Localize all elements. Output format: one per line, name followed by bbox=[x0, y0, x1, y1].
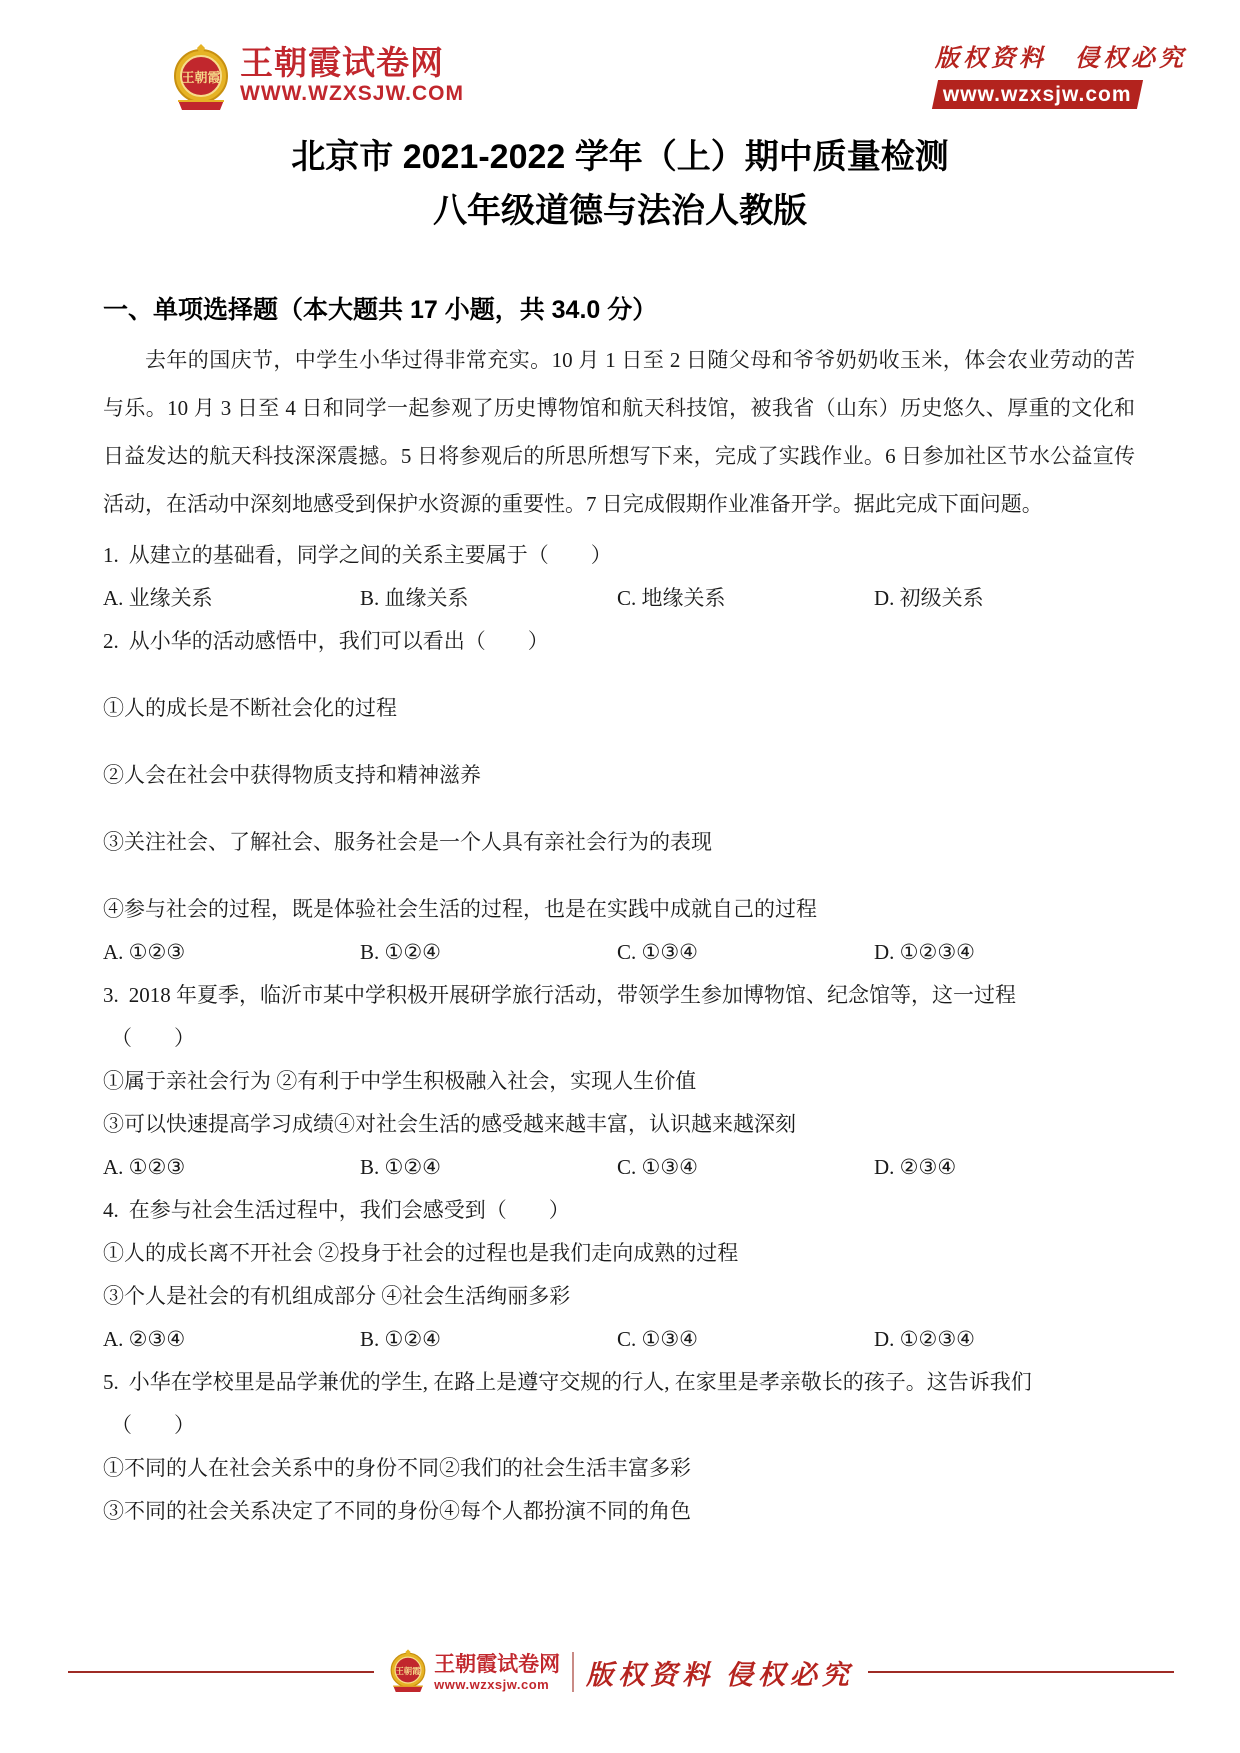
question-number: 2. bbox=[103, 629, 119, 653]
section-heading: 一、单项选择题（本大题共 17 小题，共 34.0 分） bbox=[103, 294, 1135, 326]
sub-item-2: ②人会在社会中获得物质支持和精神滋养 bbox=[103, 754, 1135, 797]
question-stem: 3.2018 年夏季，临沂市某中学积极开展研学旅行活动，带领学生参加博物馆、纪念… bbox=[103, 974, 1135, 1017]
option-a: A. ①②③ bbox=[103, 1146, 360, 1189]
copyright-slogan: 版权资料 侵权必究 bbox=[935, 44, 1140, 74]
question-stem-text: 在参与社会生活过程中，我们会感受到（ ） bbox=[129, 1198, 570, 1222]
sub-item-1-2: ①不同的人在社会关系中的身份不同②我们的社会生活丰富多彩 bbox=[103, 1447, 1135, 1490]
question-stem-bracket: （ ） bbox=[103, 1404, 1135, 1447]
option-c: C. ①③④ bbox=[617, 1318, 874, 1361]
option-d: D. ②③④ bbox=[874, 1146, 1131, 1189]
footer-brand-url: www.wzxsjw.com bbox=[434, 1677, 560, 1692]
option-c: C. ①③④ bbox=[617, 1146, 874, 1189]
question-stem: 5.小华在学校里是品学兼优的学生, 在路上是遵守交规的行人, 在家里是孝亲敬长的… bbox=[103, 1361, 1135, 1404]
question-stem: 1.从建立的基础看，同学之间的关系主要属于（ ） bbox=[103, 534, 1135, 577]
option-b: B. ①②④ bbox=[360, 931, 617, 974]
footer-rule-right bbox=[868, 1671, 1174, 1673]
question-number: 3. bbox=[103, 983, 119, 1007]
brand-url: WWW.WZXSJW.COM bbox=[240, 82, 464, 106]
question-stem-text: 2018 年夏季，临沂市某中学积极开展研学旅行活动，带领学生参加博物馆、纪念馆等… bbox=[129, 983, 1016, 1007]
question-2: 2.从小华的活动感悟中，我们可以看出（ ） ①人的成长是不断社会化的过程 ②人会… bbox=[103, 620, 1135, 974]
option-d: D. ①②③④ bbox=[874, 1318, 1131, 1361]
exam-paper-page: 王朝霞 王朝霞试卷网 WWW.WZXSJW.COM 版权资料 侵权必究 www.… bbox=[0, 0, 1240, 1753]
svg-text:王朝霞: 王朝霞 bbox=[396, 1666, 422, 1676]
question-options: A. ①②③ B. ①②④ C. ①③④ D. ①②③④ bbox=[103, 931, 1135, 974]
header-brand: 王朝霞 王朝霞试卷网 WWW.WZXSJW.COM bbox=[170, 44, 464, 114]
question-stem: 4.在参与社会生活过程中，我们会感受到（ ） bbox=[103, 1189, 1135, 1232]
option-a: A. 业缘关系 bbox=[103, 577, 360, 620]
option-c: C. ①③④ bbox=[617, 931, 874, 974]
footer-brand-name: 王朝霞试卷网 bbox=[434, 1653, 560, 1677]
sub-item-1-2: ①属于亲社会行为 ②有利于中学生积极融入社会，实现人生价值 bbox=[103, 1060, 1135, 1103]
footer-medal-icon: 王朝霞 bbox=[388, 1649, 428, 1695]
sub-item-3-4: ③可以快速提高学习成绩④对社会生活的感受越来越丰富，认识越来越深刻 bbox=[103, 1103, 1135, 1146]
option-d: D. 初级关系 bbox=[874, 577, 1131, 620]
question-stem-text: 小华在学校里是品学兼优的学生, 在路上是遵守交规的行人, 在家里是孝亲敬长的孩子… bbox=[129, 1370, 1032, 1394]
question-options: A. ①②③ B. ①②④ C. ①③④ D. ②③④ bbox=[103, 1146, 1135, 1189]
question-options: A. 业缘关系 B. 血缘关系 C. 地缘关系 D. 初级关系 bbox=[103, 577, 1135, 620]
footer-brand-column: 王朝霞试卷网 www.wzxsjw.com bbox=[434, 1653, 560, 1692]
sub-item-3-4: ③不同的社会关系决定了不同的身份④每个人都扮演不同的角色 bbox=[103, 1490, 1135, 1533]
option-a: A. ②③④ bbox=[103, 1318, 360, 1361]
footer-divider bbox=[572, 1652, 574, 1692]
question-number: 5. bbox=[103, 1370, 119, 1394]
document-title-line2: 八年级道德与法治人教版 bbox=[0, 190, 1240, 232]
question-5: 5.小华在学校里是品学兼优的学生, 在路上是遵守交规的行人, 在家里是孝亲敬长的… bbox=[103, 1361, 1135, 1533]
sub-item-3-4: ③个人是社会的有机组成部分 ④社会生活绚丽多彩 bbox=[103, 1275, 1135, 1318]
option-b: B. ①②④ bbox=[360, 1146, 617, 1189]
question-stem: 2.从小华的活动感悟中，我们可以看出（ ） bbox=[103, 620, 1135, 663]
option-b: B. ①②④ bbox=[360, 1318, 617, 1361]
banner-url: www.wzxsjw.com bbox=[943, 83, 1132, 107]
question-number: 1. bbox=[103, 543, 119, 567]
brand-medal-icon: 王朝霞 bbox=[170, 44, 232, 114]
question-stem-text: 从小华的活动感悟中，我们可以看出（ ） bbox=[129, 629, 549, 653]
question-3: 3.2018 年夏季，临沂市某中学积极开展研学旅行活动，带领学生参加博物馆、纪念… bbox=[103, 974, 1135, 1189]
sub-item-1-2: ①人的成长离不开社会 ②投身于社会的过程也是我们走向成熟的过程 bbox=[103, 1232, 1135, 1275]
sub-item-4: ④参与社会的过程，既是体验社会生活的过程，也是在实践中成就自己的过程 bbox=[103, 888, 1135, 931]
page-footer: 王朝霞 王朝霞试卷网 www.wzxsjw.com 版权资料 侵权必究 bbox=[68, 1644, 1174, 1700]
footer-rule-left bbox=[68, 1671, 374, 1673]
option-d: D. ①②③④ bbox=[874, 931, 1131, 974]
option-a: A. ①②③ bbox=[103, 931, 360, 974]
document-body: 一、单项选择题（本大题共 17 小题，共 34.0 分） 去年的国庆节，中学生小… bbox=[0, 294, 1240, 1533]
question-options: A. ②③④ B. ①②④ C. ①③④ D. ①②③④ bbox=[103, 1318, 1135, 1361]
question-stem-bracket: （ ） bbox=[103, 1017, 1135, 1060]
footer-slogan: 版权资料 侵权必究 bbox=[586, 1653, 854, 1692]
question-number: 4. bbox=[103, 1198, 119, 1222]
intro-paragraph: 去年的国庆节，中学生小华过得非常充实。10 月 1 日至 2 日随父母和爷爷奶奶… bbox=[103, 336, 1135, 528]
sub-item-3: ③关注社会、了解社会、服务社会是一个人具有亲社会行为的表现 bbox=[103, 821, 1135, 864]
brand-name: 王朝霞试卷网 bbox=[240, 44, 464, 82]
option-c: C. 地缘关系 bbox=[617, 577, 874, 620]
option-b: B. 血缘关系 bbox=[360, 577, 617, 620]
question-1: 1.从建立的基础看，同学之间的关系主要属于（ ） A. 业缘关系 B. 血缘关系… bbox=[103, 534, 1135, 620]
copyright-banner: www.wzxsjw.com bbox=[932, 80, 1143, 109]
brand-text-column: 王朝霞试卷网 WWW.WZXSJW.COM bbox=[240, 44, 464, 106]
footer-center: 王朝霞 王朝霞试卷网 www.wzxsjw.com 版权资料 侵权必究 bbox=[388, 1649, 854, 1695]
question-stem-text: 从建立的基础看，同学之间的关系主要属于（ ） bbox=[129, 543, 612, 567]
question-4: 4.在参与社会生活过程中，我们会感受到（ ） ①人的成长离不开社会 ②投身于社会… bbox=[103, 1189, 1135, 1361]
svg-text:王朝霞: 王朝霞 bbox=[181, 70, 220, 85]
sub-item-1: ①人的成长是不断社会化的过程 bbox=[103, 687, 1135, 730]
